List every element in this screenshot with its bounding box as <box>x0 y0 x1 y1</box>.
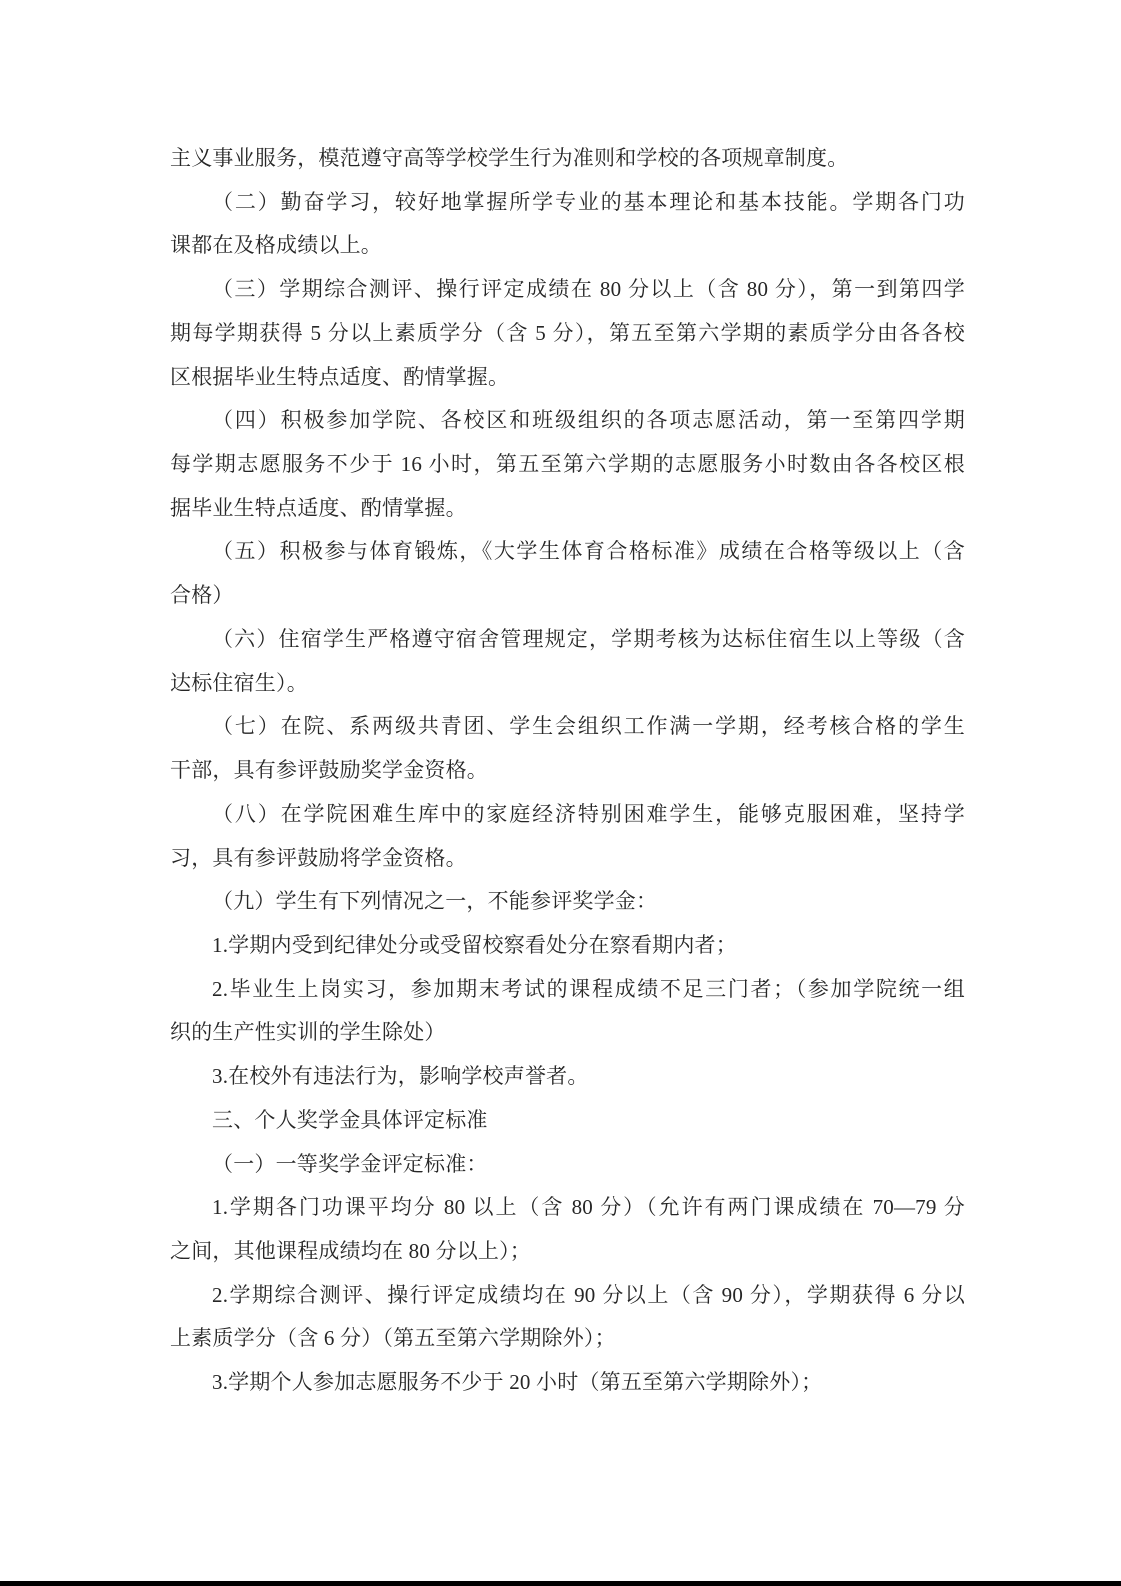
text-line: 区根据毕业生特点适度、酌情掌握。 <box>170 356 965 400</box>
text-line: 3.学期个人参加志愿服务不少于 20 小时（第五至第六学期除外）； <box>170 1361 965 1405</box>
text-line: 习，具有参评鼓励将学金资格。 <box>170 837 965 881</box>
text-line: （九）学生有下列情况之一，不能参评奖学金： <box>170 880 965 924</box>
text-line: 每学期志愿服务不少于 16 小时，第五至第六学期的志愿服务小时数由各各校区根 <box>170 443 965 487</box>
text-line: 织的生产性实训的学生除处） <box>170 1011 965 1055</box>
document-text-block: 主义事业服务，模范遵守高等学校学生行为准则和学校的各项规章制度。 （二）勤奋学习… <box>170 137 965 1405</box>
subsection-heading: （一）一等奖学金评定标准： <box>170 1143 965 1187</box>
text-line: 之间，其他课程成绩均在 80 分以上）； <box>170 1230 965 1274</box>
text-line: 干部，具有参评鼓励奖学金资格。 <box>170 749 965 793</box>
text-line: （八）在学院困难生库中的家庭经济特别困难学生，能够克服困难，坚持学 <box>170 793 965 837</box>
document-page: 主义事业服务，模范遵守高等学校学生行为准则和学校的各项规章制度。 （二）勤奋学习… <box>0 0 1121 1586</box>
text-line: 期每学期获得 5 分以上素质学分（含 5 分），第五至第六学期的素质学分由各各校 <box>170 312 965 356</box>
text-line: 2.学期综合测评、操行评定成绩均在 90 分以上（含 90 分），学期获得 6 … <box>170 1274 965 1318</box>
text-line: （二）勤奋学习，较好地掌握所学专业的基本理论和基本技能。学期各门功 <box>170 181 965 225</box>
text-line: 主义事业服务，模范遵守高等学校学生行为准则和学校的各项规章制度。 <box>170 137 965 181</box>
text-line: （四）积极参加学院、各校区和班级组织的各项志愿活动，第一至第四学期 <box>170 399 965 443</box>
text-line: 1.学期各门功课平均分 80 以上（含 80 分）（允许有两门课成绩在 70—7… <box>170 1186 965 1230</box>
section-heading: 三、个人奖学金具体评定标准 <box>170 1099 965 1143</box>
text-line: 达标住宿生）。 <box>170 662 965 706</box>
text-line: 2.毕业生上岗实习，参加期末考试的课程成绩不足三门者；（参加学院统一组 <box>170 968 965 1012</box>
text-line: （五）积极参与体育锻炼，《大学生体育合格标准》成绩在合格等级以上（含 <box>170 530 965 574</box>
text-line: （六）住宿学生严格遵守宿舍管理规定，学期考核为达标住宿生以上等级（含 <box>170 618 965 662</box>
text-line: 1.学期内受到纪律处分或受留校察看处分在察看期内者； <box>170 924 965 968</box>
page-bottom-scan-edge <box>0 1581 1121 1586</box>
text-line: 合格） <box>170 574 965 618</box>
text-line: 上素质学分（含 6 分）（第五至第六学期除外）； <box>170 1317 965 1361</box>
text-line: 据毕业生特点适度、酌情掌握。 <box>170 487 965 531</box>
text-line: 课都在及格成绩以上。 <box>170 224 965 268</box>
text-line: 3.在校外有违法行为，影响学校声誉者。 <box>170 1055 965 1099</box>
text-line: （三）学期综合测评、操行评定成绩在 80 分以上（含 80 分），第一到第四学 <box>170 268 965 312</box>
text-line: （七）在院、系两级共青团、学生会组织工作满一学期，经考核合格的学生 <box>170 705 965 749</box>
